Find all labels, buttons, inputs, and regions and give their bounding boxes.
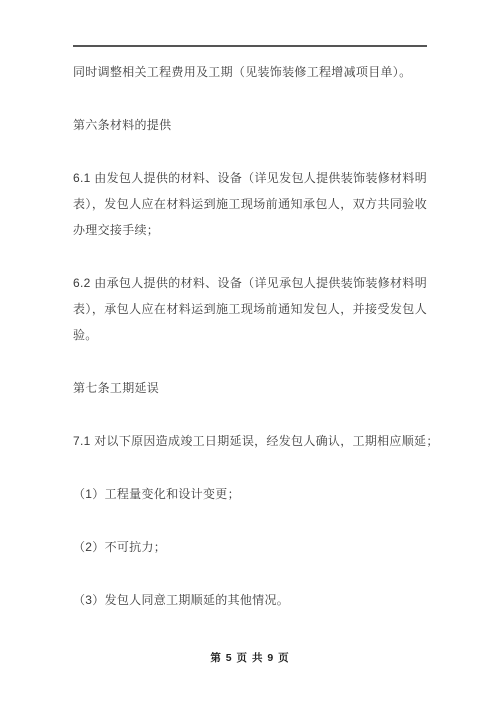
section-heading: 第六条材料的提供: [73, 112, 427, 138]
text-line: 6.1 由发包人提供的材料、设备（详见发包人提供装饰装修材料明细: [73, 165, 427, 191]
text-line: 表），承包人应在材料运到施工现场前通知发包人，并接受发包人检: [73, 296, 427, 322]
page-number-footer: 第 5 页 共 9 页: [0, 648, 500, 668]
paragraph-clause-6-1: 6.1 由发包人提供的材料、设备（详见发包人提供装饰装修材料明细 表），发包人应…: [73, 165, 427, 243]
text-line: （3）发包人同意工期顺延的其他情况。: [73, 587, 427, 613]
paragraph-item-3: （3）发包人同意工期顺延的其他情况。: [73, 587, 427, 613]
document-body: 同时调整相关工程费用及工期（见装饰装修工程增减项目单）。 第六条材料的提供 6.…: [73, 59, 427, 640]
paragraph-clause-6-2: 6.2 由承包人提供的材料、设备（详见承包人提供装饰装修材料明细 表），承包人应…: [73, 270, 427, 348]
text-line: 同时调整相关工程费用及工期（见装饰装修工程增减项目单）。: [73, 59, 427, 85]
paragraph-item-1: （1）工程量变化和设计变更；: [73, 481, 427, 507]
text-line: 办理交接手续；: [73, 217, 427, 243]
text-line: （1）工程量变化和设计变更；: [73, 481, 427, 507]
section-heading: 第七条工期延误: [73, 375, 427, 401]
paragraph-item-2: （2）不可抗力；: [73, 534, 427, 560]
text-line: 7.1 对以下原因造成竣工日期延误，经发包人确认，工期相应顺延；: [73, 428, 427, 454]
text-line: （2）不可抗力；: [73, 534, 427, 560]
top-divider-rule: [73, 45, 427, 47]
paragraph-clause-7-1: 7.1 对以下原因造成竣工日期延误，经发包人确认，工期相应顺延；: [73, 428, 427, 454]
document-page: 同时调整相关工程费用及工期（见装饰装修工程增减项目单）。 第六条材料的提供 6.…: [0, 0, 500, 707]
section-heading-article-7: 第七条工期延误: [73, 375, 427, 401]
paragraph-adjust-cost: 同时调整相关工程费用及工期（见装饰装修工程增减项目单）。: [73, 59, 427, 85]
text-line: 表），发包人应在材料运到施工现场前通知承包人，双方共同验收并: [73, 191, 427, 217]
text-line: 6.2 由承包人提供的材料、设备（详见承包人提供装饰装修材料明细: [73, 270, 427, 296]
text-line: 验。: [73, 322, 427, 348]
section-heading-article-6: 第六条材料的提供: [73, 112, 427, 138]
